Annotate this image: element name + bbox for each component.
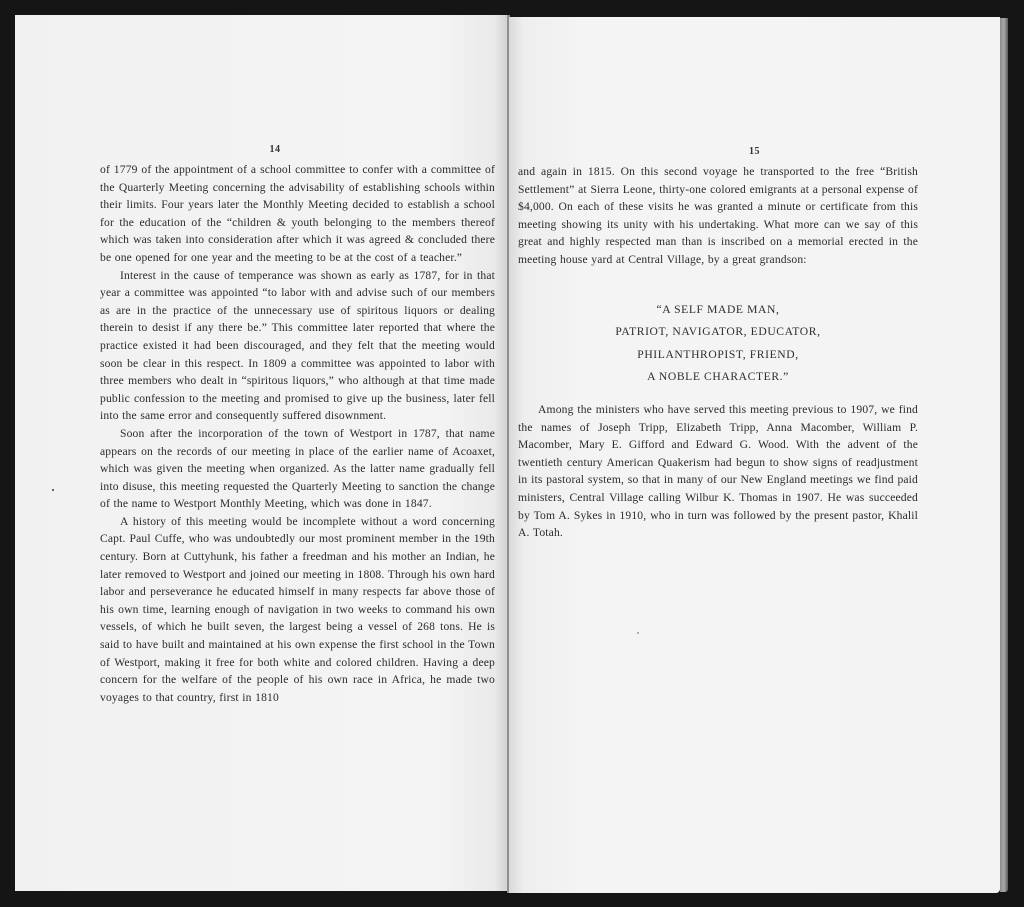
paragraph: of 1779 of the appointment of a school c… [100,161,495,267]
paragraph: and again in 1815. On this second voyage… [518,163,918,269]
left-page: 14 of 1779 of the appointment of a schoo… [15,15,509,891]
right-page-paragraph-2: Among the ministers who have served this… [518,401,918,542]
page-number-left: 14 [28,144,522,155]
paragraph: Interest in the cause of temperance was … [100,267,495,425]
paragraph: Among the ministers who have served this… [518,401,918,542]
paragraph: Soon after the incorporation of the town… [100,425,495,513]
book-spread: 14 of 1779 of the appointment of a schoo… [0,0,1024,907]
inscription-line: “A SELF MADE MAN, [518,299,918,321]
inscription-line: PHILANTHROPIST, FRIEND, [518,344,918,366]
memorial-inscription: “A SELF MADE MAN, PATRIOT, NAVIGATOR, ED… [518,299,918,388]
paragraph: A history of this meeting would be incom… [100,513,495,707]
page-stack-edge [1000,18,1008,892]
right-page: 15 and again in 1815. On this second voy… [509,17,1000,893]
left-page-body: of 1779 of the appointment of a school c… [100,161,495,706]
right-page-paragraph-1: and again in 1815. On this second voyage… [518,163,918,269]
inscription-line: A NOBLE CHARACTER.” [518,366,918,388]
scan-speck [52,489,54,491]
page-number-right: 15 [509,146,1000,157]
inscription-line: PATRIOT, NAVIGATOR, EDUCATOR, [518,321,918,343]
scan-speck [637,632,639,634]
